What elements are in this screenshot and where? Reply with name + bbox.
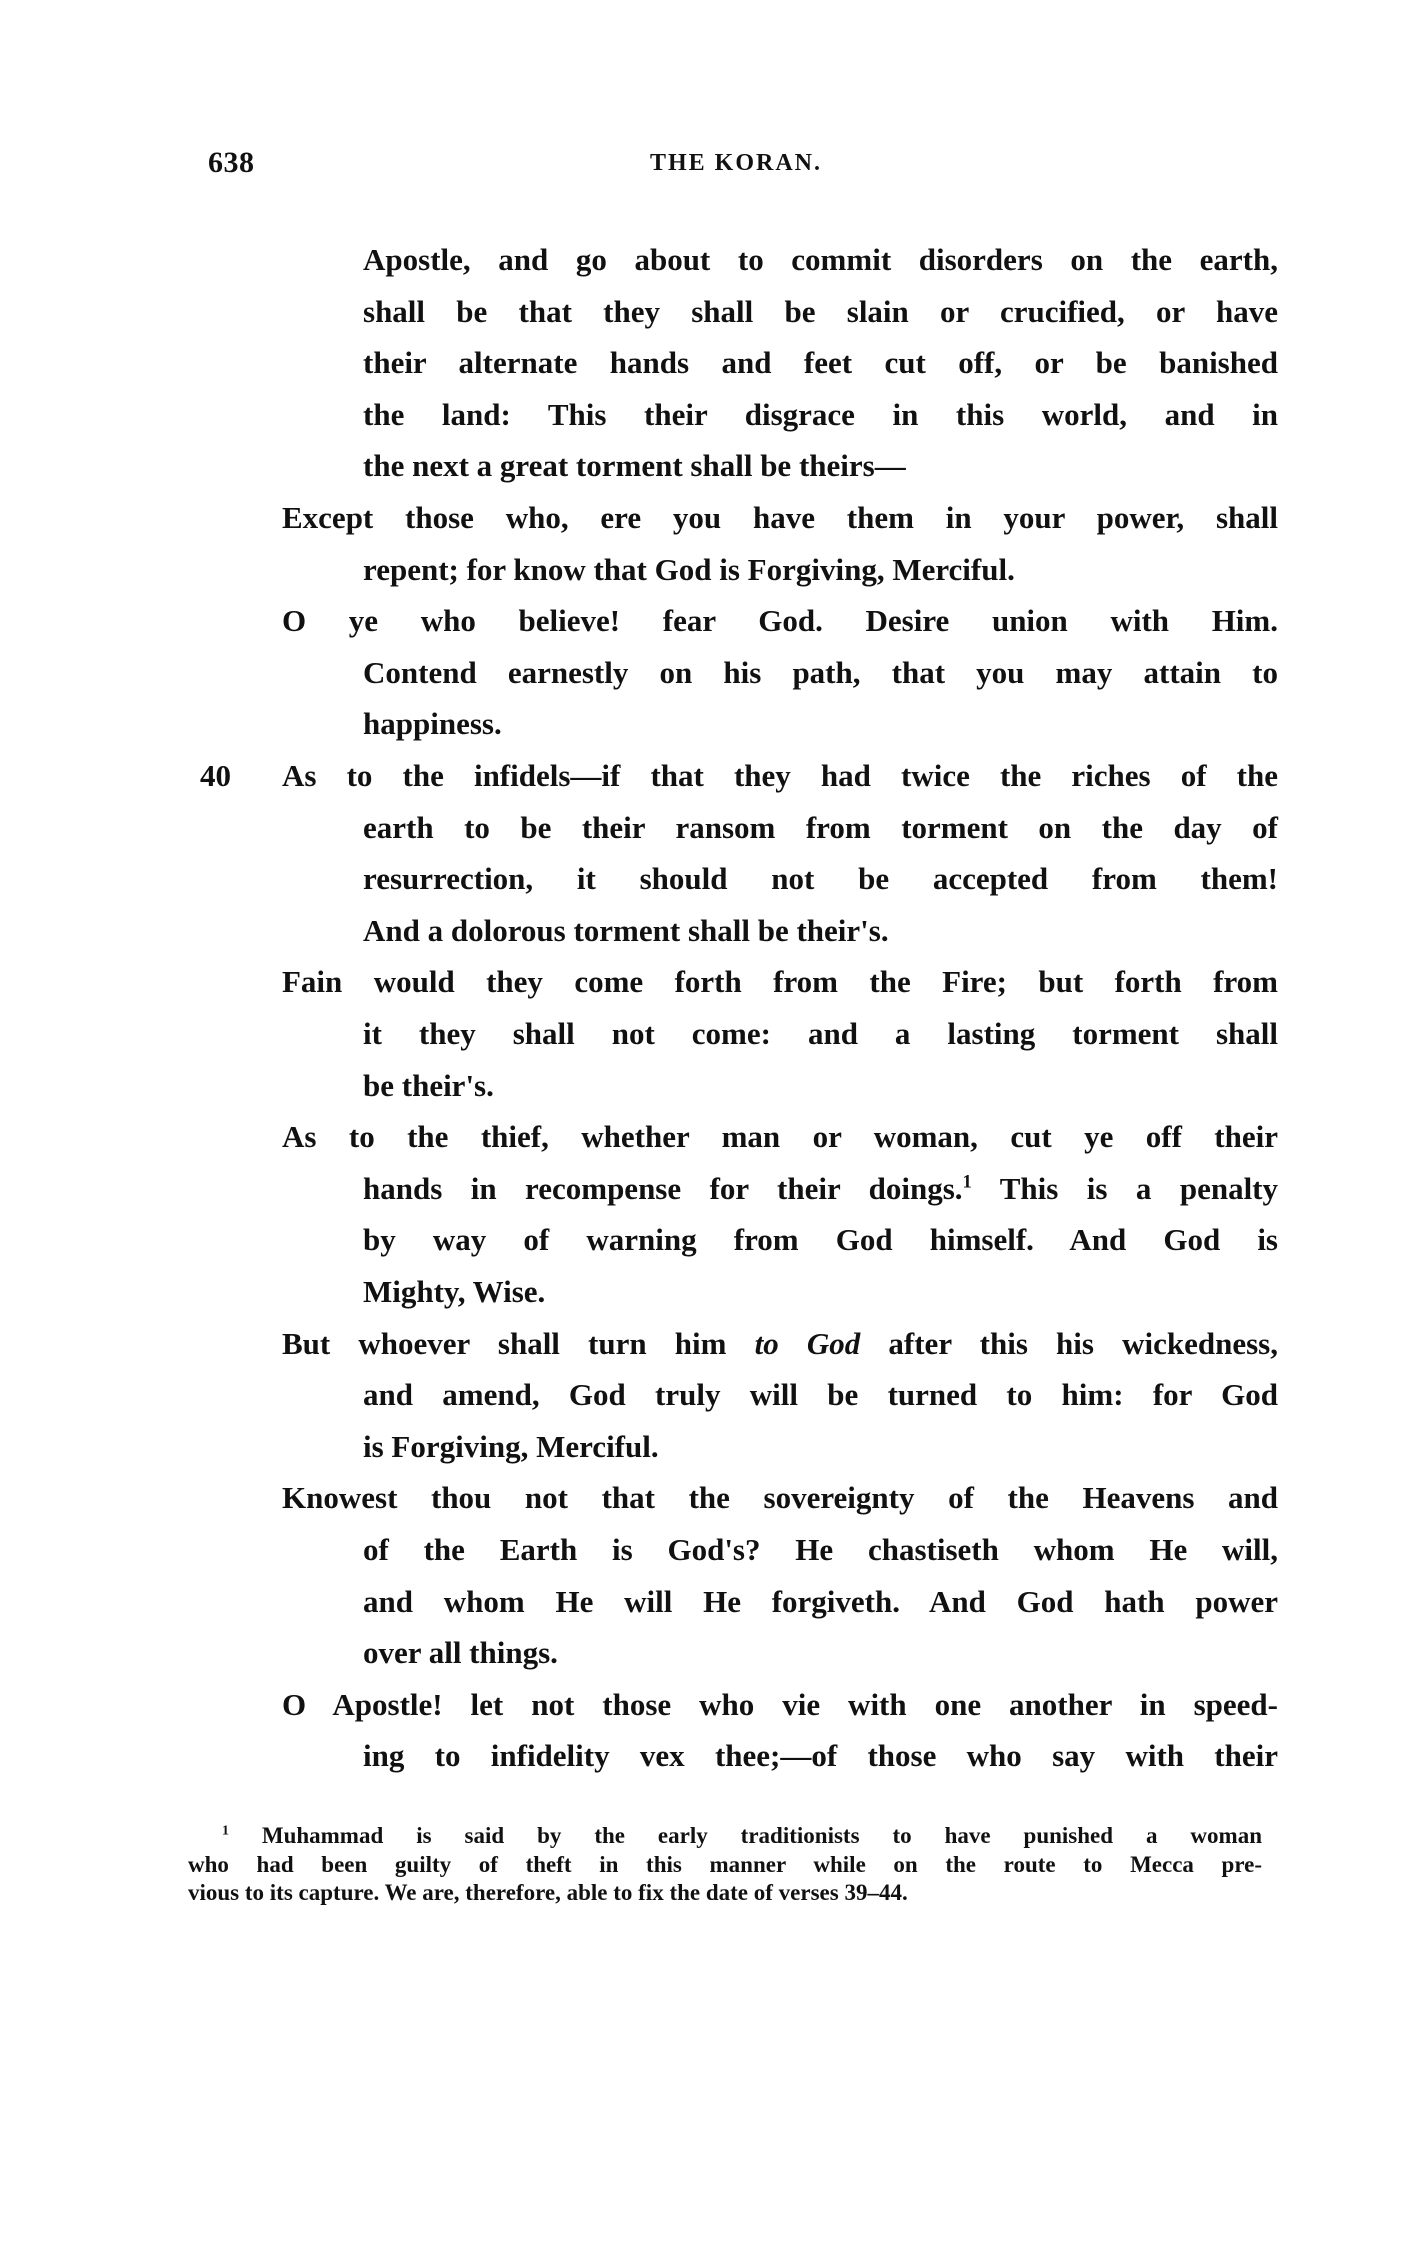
text-line: As to the infidels—if that they had twic… (282, 750, 1278, 802)
text-line: the next a great torment shall be theirs… (363, 440, 1278, 492)
text-line: happiness. (363, 698, 1278, 750)
text-line: Except those who, ere you have them in y… (282, 492, 1278, 544)
text-line: Contend earnestly on his path, that you … (363, 647, 1278, 699)
footnote-marker: 1 (222, 1822, 229, 1837)
text-line: of the Earth is God's? He chastiseth who… (363, 1524, 1278, 1576)
text-line: Apostle, and go about to commit disorder… (363, 234, 1278, 286)
text-line: over all things. (363, 1627, 1278, 1679)
text-line: be their's. (363, 1060, 1278, 1112)
book-page: 638 THE KORAN. Apostle, and go about to … (0, 0, 1403, 2241)
text-line: ing to infidelity vex thee;—of those who… (363, 1730, 1278, 1782)
text-line: their alternate hands and feet cut off, … (363, 337, 1278, 389)
text-line: hands in recompense for their doings.1 T… (363, 1163, 1278, 1215)
text-line: As to the thief, whether man or woman, c… (282, 1111, 1278, 1163)
text-line: resurrection, it should not be accepted … (363, 853, 1278, 905)
text-line: And a dolorous torment shall be their's. (363, 905, 1278, 957)
text-line: the land: This their disgrace in this wo… (363, 389, 1278, 441)
text-line: Fain would they come forth from the Fire… (282, 956, 1278, 1008)
footnote-line: vious to its capture. We are, therefore,… (188, 1879, 1262, 1907)
text-line: But whoever shall turn him to God after … (282, 1318, 1278, 1370)
italic-phrase: to God (755, 1326, 861, 1361)
page-number: 638 (208, 146, 255, 180)
running-head: 638 THE KORAN. (0, 146, 1403, 186)
text-line: O Apostle! let not those who vie with on… (282, 1679, 1278, 1731)
text-line: O ye who believe! fear God. Desire union… (282, 595, 1278, 647)
verse-number: 40 (200, 750, 231, 802)
text-line: Knowest thou not that the sovereignty of… (282, 1472, 1278, 1524)
text-line: and amend, God truly will be turned to h… (363, 1369, 1278, 1421)
text-line: Mighty, Wise. (363, 1266, 1278, 1318)
text-line: by way of warning from God himself. And … (363, 1214, 1278, 1266)
footnote-line: 1 Muhammad is said by the early traditio… (222, 1822, 1262, 1850)
text-line: it they shall not come: and a lasting to… (363, 1008, 1278, 1060)
text-line: and whom He will He forgiveth. And God h… (363, 1576, 1278, 1628)
running-title: THE KORAN. (650, 150, 822, 177)
text-line: shall be that they shall be slain or cru… (363, 286, 1278, 338)
text-line: repent; for know that God is Forgiving, … (363, 544, 1278, 596)
footnote-line: who had been guilty of theft in this man… (188, 1851, 1262, 1879)
text-line: earth to be their ransom from torment on… (363, 802, 1278, 854)
text-line: is Forgiving, Merciful. (363, 1421, 1278, 1473)
footnote-reference[interactable]: 1 (963, 1171, 972, 1192)
